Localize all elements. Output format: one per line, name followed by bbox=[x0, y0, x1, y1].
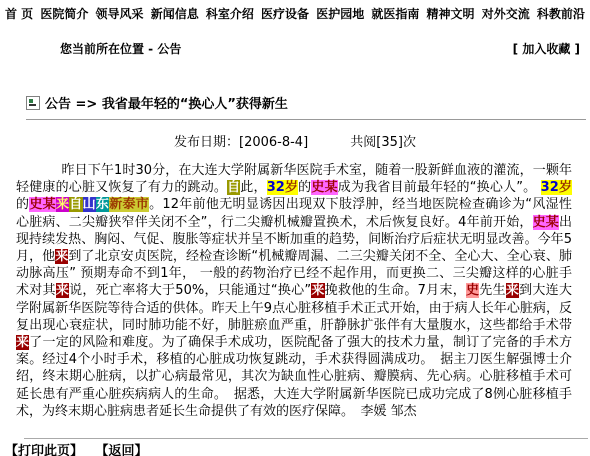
highlighted-term: 32 bbox=[541, 180, 559, 195]
highlighted-term: 来 bbox=[56, 283, 69, 298]
view-count: 共阅[35]次 bbox=[350, 135, 416, 150]
nav-item-visit-guide[interactable]: 就医指南 bbox=[371, 5, 419, 22]
highlighted-term: 来 bbox=[16, 335, 29, 350]
top-nav: 首 页 医院简介 领导风采 新闻信息 科室介绍 医疗设备 医护园地 就医指南 精… bbox=[0, 0, 590, 22]
page-title: 公告 => 我省最年轻的“换心人”获得新生 bbox=[45, 93, 288, 112]
highlighted-term: 来 bbox=[506, 283, 519, 298]
add-favorite-link[interactable]: [ 加入收藏 ] bbox=[513, 40, 580, 57]
article-text: 说，死亡率将大于50%，只能通过“换心” bbox=[69, 283, 311, 298]
highlighted-term: 史某 bbox=[311, 180, 337, 195]
highlighted-term: 史 bbox=[466, 283, 479, 298]
nav-item-equipment[interactable]: 医疗设备 bbox=[261, 5, 309, 22]
highlighted-term: 自 bbox=[69, 197, 82, 212]
highlighted-term: 史某 bbox=[29, 197, 56, 212]
nav-item-departments[interactable]: 科室介绍 bbox=[206, 5, 254, 22]
highlighted-term: 东 bbox=[96, 197, 109, 212]
article-meta: 发布日期：[2006-8-4] 共阅[35]次 bbox=[0, 131, 590, 150]
article-body: 昨日下午1时30分，在大连大学附属新华医院手术室，随着一股新鲜血液的灌流，一颗年… bbox=[16, 162, 572, 420]
breadcrumb-row: 您当前所在位置 - 公告 [ 加入收藏 ] bbox=[0, 40, 590, 57]
highlighted-term: 来 bbox=[311, 283, 325, 298]
highlighted-term: 32 bbox=[267, 180, 285, 195]
publish-date: 发布日期：[2006-8-4] bbox=[174, 135, 308, 150]
nav-item-leadership[interactable]: 领导风采 bbox=[96, 5, 144, 22]
highlighted-term: 来 bbox=[56, 197, 69, 212]
nav-item-hospital-intro[interactable]: 医院简介 bbox=[40, 5, 88, 22]
article-text: 挽救他的生命。7月末， bbox=[325, 283, 466, 298]
highlighted-term: 史某 bbox=[533, 215, 559, 230]
highlighted-term: 岁 bbox=[559, 180, 572, 195]
article-text: 的 bbox=[16, 197, 29, 212]
highlighted-term: 新泰市 bbox=[109, 197, 149, 212]
highlighted-term: 自 bbox=[227, 180, 240, 195]
article-text: 了一定的风险和难度。为了确保手术成功，医院配备了强大的技术力量，制订了完备的手术… bbox=[16, 335, 572, 419]
nav-item-care-garden[interactable]: 医护园地 bbox=[316, 5, 364, 22]
nav-item-news[interactable]: 新闻信息 bbox=[151, 5, 199, 22]
highlighted-term: 来 bbox=[55, 249, 68, 264]
footer-divider bbox=[24, 438, 588, 439]
article-text: 成为我省目前最年轻的“换心人”。 bbox=[338, 180, 541, 195]
highlighted-term: 山 bbox=[83, 197, 96, 212]
footer-links: 【打印此页】 【返回】 bbox=[5, 440, 156, 456]
breadcrumb: 您当前所在位置 - 公告 bbox=[60, 40, 181, 57]
highlighted-term: 岁 bbox=[285, 180, 298, 195]
article-text: 先生 bbox=[479, 283, 506, 298]
article-text: 此， bbox=[240, 180, 266, 195]
article-title-bar: 公告 => 我省最年轻的“换心人”获得新生 bbox=[26, 93, 586, 120]
nav-item-civilization[interactable]: 精神文明 bbox=[427, 5, 475, 22]
article-text: 的 bbox=[298, 180, 311, 195]
print-page-link[interactable]: 【打印此页】 bbox=[5, 444, 83, 456]
nav-item-exchange[interactable]: 对外交流 bbox=[482, 5, 530, 22]
nav-item-science-edu[interactable]: 科教前沿 bbox=[537, 5, 585, 22]
document-icon bbox=[26, 96, 40, 110]
nav-item-home[interactable]: 首 页 bbox=[5, 5, 33, 22]
back-link[interactable]: 【返回】 bbox=[96, 444, 148, 456]
